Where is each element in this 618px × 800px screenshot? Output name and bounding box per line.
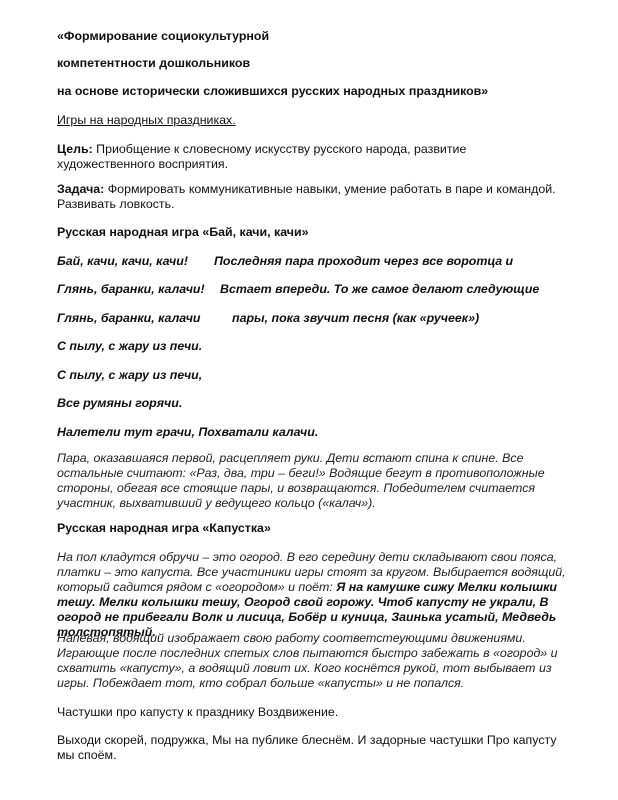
goal-text: Приобщение к словесному искусству русско…: [57, 142, 466, 171]
subtitle: Игры на народных праздниках.: [57, 113, 236, 128]
goal-paragraph: Цель: Приобщение к словесному искусству …: [57, 142, 567, 172]
poem-line: Все румяны горячи.: [57, 396, 182, 411]
poem-line: Налетели тут грачи, Похватали калачи.: [57, 425, 318, 440]
game1-description: Пара, оказавшаяся первой, расцепляет рук…: [57, 451, 567, 511]
task-label: Задача:: [57, 182, 104, 196]
title-line-2: компетентности дошкольников: [57, 56, 250, 71]
game2-heading: Русская народная игра «Капустка»: [57, 521, 271, 536]
poem-line: Глянь, баранки, калачи пары, пока звучит…: [57, 311, 201, 326]
poem-line: С пылу, с жару из печи,: [57, 368, 202, 383]
game2-rules: Напевая, водящий изображает свою работу …: [57, 631, 567, 691]
goal-label: Цель:: [57, 142, 93, 156]
title-line-3: на основе исторически сложившихся русски…: [57, 84, 488, 99]
poem-left: Глянь, баранки, калачи: [57, 311, 201, 325]
game2-intro-paragraph: На пол кладутся обручи – это огород. В е…: [57, 550, 567, 640]
poem-left: Бай, качи, качи, качи!: [57, 254, 188, 268]
chastushki-verse: Выходи скорей, подружка, Мы на публике б…: [57, 733, 567, 763]
poem-right: пары, пока звучит песня (как «ручеек»): [232, 311, 479, 326]
poem-line: Бай, качи, качи, качи! Последняя пара пр…: [57, 254, 188, 269]
chastushki-heading: Частушки про капусту к празднику Воздвиж…: [57, 705, 338, 720]
poem-line: С пылу, с жару из печи.: [57, 339, 202, 354]
task-text: Формировать коммуникативные навыки, умен…: [57, 182, 556, 211]
poem-line: Глянь, баранки, калачи! Встает впереди. …: [57, 282, 205, 297]
poem-right: Встает впереди. То же самое делают следу…: [220, 282, 539, 297]
title-line-1: «Формирование социокультурной: [57, 29, 269, 44]
poem-right: Последняя пара проходит через все воротц…: [214, 254, 513, 269]
task-paragraph: Задача: Формировать коммуникативные навы…: [57, 182, 567, 212]
game1-heading: Русская народная игра «Бай, качи, качи»: [57, 225, 309, 240]
poem-left: Глянь, баранки, калачи!: [57, 282, 205, 296]
